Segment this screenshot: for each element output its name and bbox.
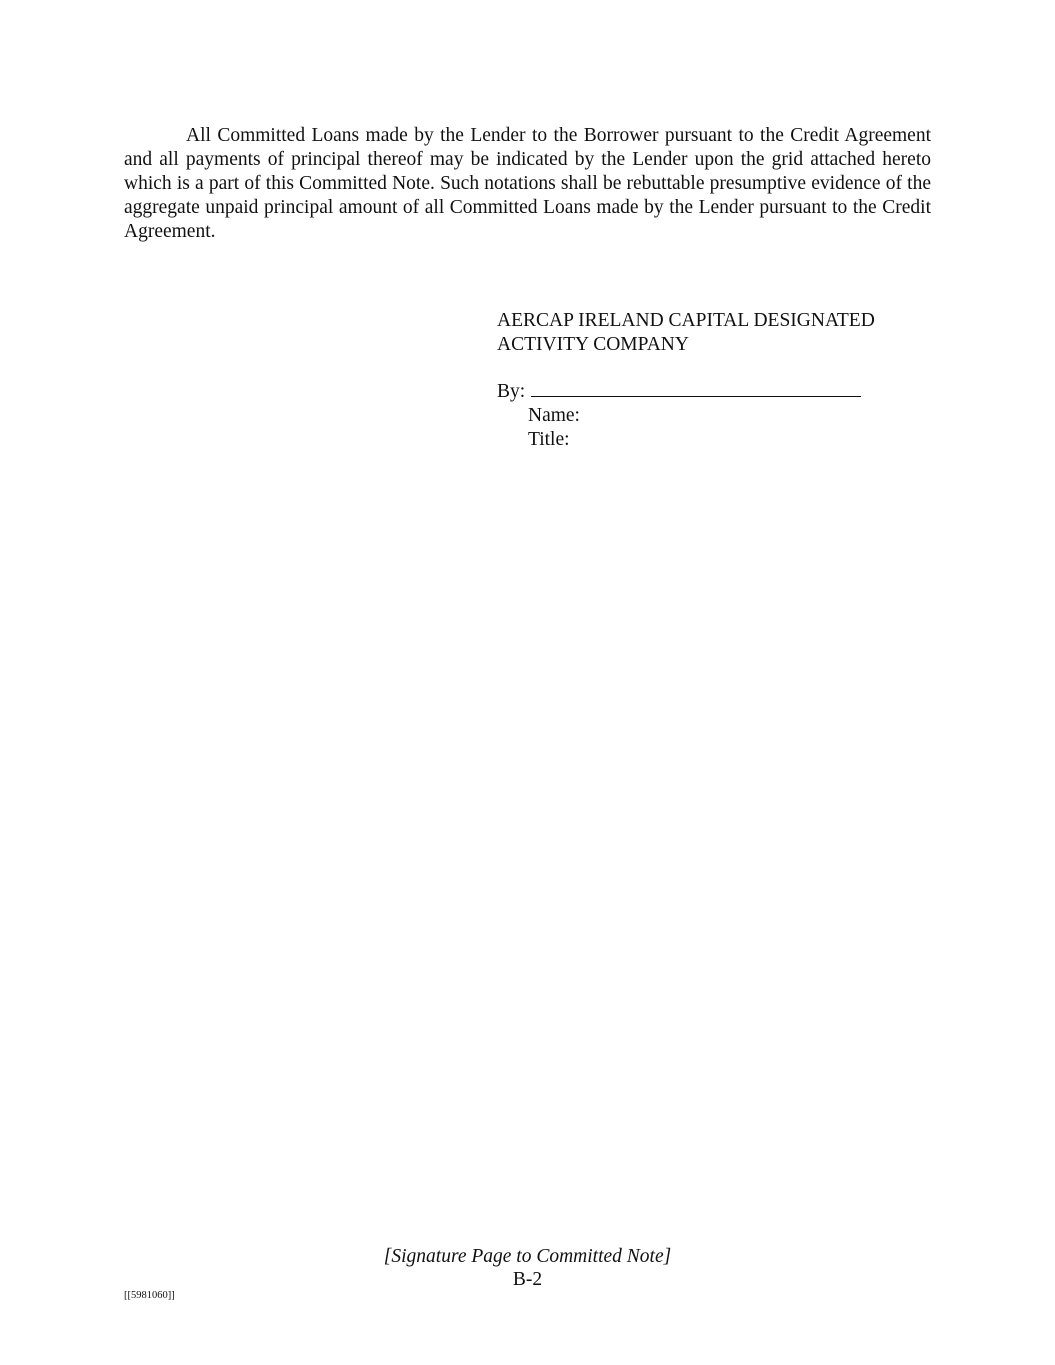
document-id: [[5981060]] [124, 1290, 175, 1301]
page-number: B-2 [0, 1268, 1055, 1292]
body-paragraph: All Committed Loans made by the Lender t… [124, 124, 931, 244]
by-label: By: [497, 380, 525, 404]
signature-block: AERCAP IRELAND CAPITAL DESIGNATED ACTIVI… [497, 309, 875, 452]
company-name-line-1: AERCAP IRELAND CAPITAL DESIGNATED [497, 309, 875, 333]
signature-line [531, 378, 861, 397]
name-label: Name: [497, 404, 875, 428]
company-name-line-2: ACTIVITY COMPANY [497, 333, 875, 357]
title-label: Title: [497, 428, 875, 452]
signature-by-line: By: [497, 378, 875, 404]
paragraph-text: All Committed Loans made by the Lender t… [124, 125, 931, 242]
footer-caption: [Signature Page to Committed Note] [0, 1245, 1055, 1269]
